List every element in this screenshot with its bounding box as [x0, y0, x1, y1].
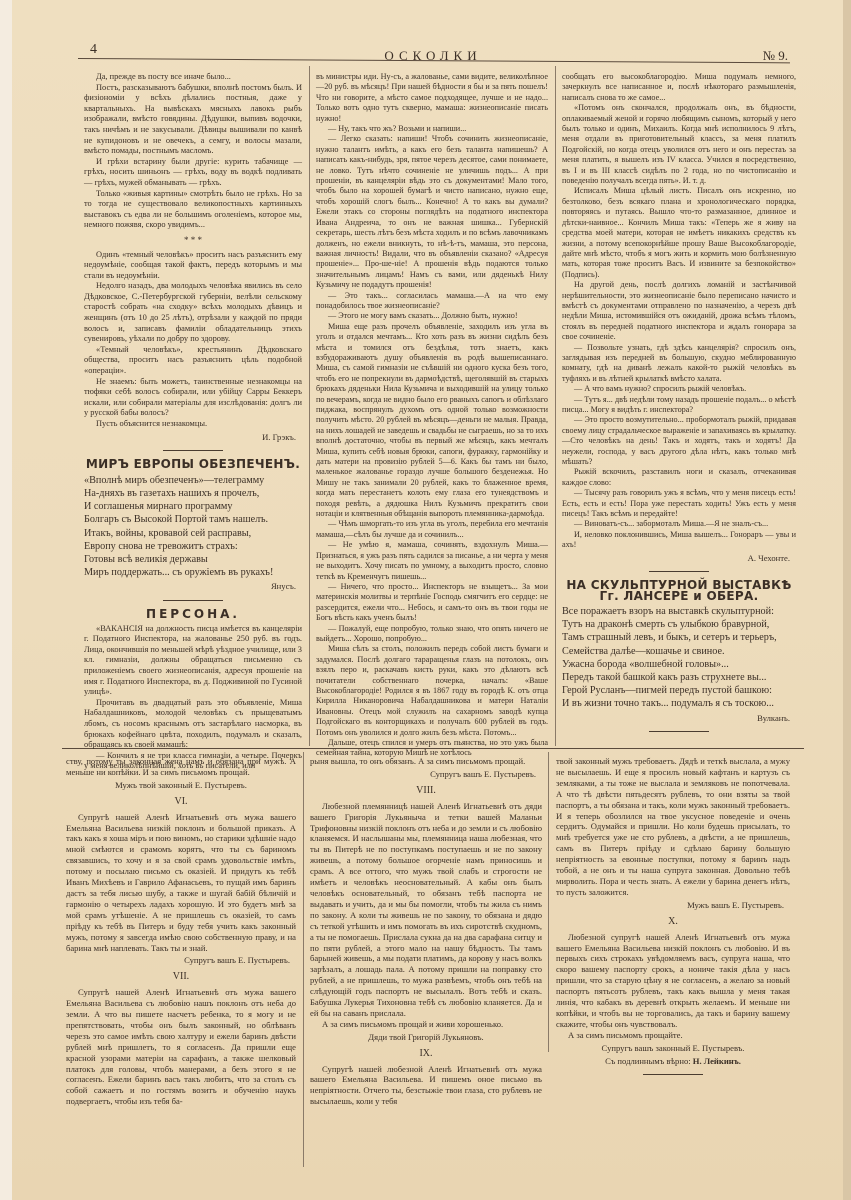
paragraph: твой законный мужъ требоваетъ. Дядѣ и те… — [556, 756, 790, 898]
letter-number: VIII. — [310, 786, 542, 797]
separator-rule — [643, 1074, 703, 1075]
author-signature: И. Грэкъ. — [84, 432, 302, 443]
paragraph: Любезной супругѣ нашей Аленѣ Игнатьевнѣ … — [556, 932, 790, 1030]
author-signature: Янусъ. — [84, 581, 302, 592]
paragraph: Исписалъ Миша цѣлый листъ. Писалъ онъ ис… — [562, 186, 796, 280]
author-signature: А. Чехонте. — [562, 553, 796, 563]
separator-rule — [649, 571, 709, 572]
poem-line: Ужасна борода «волшебной головы»... — [562, 658, 796, 671]
paragraph: — Виноватъ-съ... забормоталъ Миша.—Я не … — [562, 519, 796, 529]
paragraph: — Пожалуй, еще попробую, только знаю, чт… — [316, 624, 548, 645]
paragraph: — Ничего, что просто... Инспекторъ не вз… — [316, 582, 548, 624]
letters-column-3: твой законный мужъ требоваетъ. Дядѣ и те… — [556, 756, 790, 1083]
paragraph: сообщать его высокоблагородію. Миша поду… — [562, 72, 796, 103]
paragraph: И, неловко поклонившись, Миша вышелъ... … — [562, 530, 796, 551]
paragraph: Да, прежде въ посту все иначе было... — [84, 72, 302, 83]
paragraph: «Потомъ онъ скончался, продолжалъ онъ, в… — [562, 103, 796, 186]
poem-line: Герой Русланъ—пигмей передъ пустой башко… — [562, 684, 796, 697]
column-divider — [303, 752, 304, 1167]
poem-line: На-дняхъ въ газетахъ нашихъ я прочелъ, — [84, 487, 302, 500]
poem-line: Итакъ, войны, кровавой сей расправы, — [84, 527, 302, 540]
poem-line: Европу снова не тревожитъ страхъ: — [84, 540, 302, 553]
poem-line: Болгаръ съ Высокой Портой тамъ нашелъ. — [84, 513, 302, 526]
paragraph: рыня вышла, то онъ обязанъ. А за симъ пи… — [310, 756, 542, 767]
paragraph: — Легко сказать: напиши! Чтобъ сочинить … — [316, 134, 548, 290]
paragraph: Миша еще разъ прочелъ объявленіе, заходи… — [316, 322, 548, 520]
paragraph: — Это такъ... согласилась мамаша.—А на ч… — [316, 291, 548, 312]
column-divider — [309, 66, 310, 746]
letter-number: X. — [556, 917, 790, 928]
attestation-label: Съ подлиннымъ вѣрно: — [605, 1056, 691, 1066]
paragraph: Супругѣ нашей Аленѣ Игнатьевнѣ отъ мужа … — [66, 987, 296, 1107]
column-divider — [555, 66, 556, 746]
paragraph: А за симъ письмомъ прощай и живи хорошен… — [310, 1019, 542, 1030]
paragraph: — Это просто возмутительно... пробормота… — [562, 415, 796, 467]
paragraph: «Темный человѣкъ», крестьянинъ Дѣдковска… — [84, 345, 302, 377]
page-edge-right — [843, 0, 851, 1200]
paragraph: А за симъ письмомъ прощайте. — [556, 1030, 790, 1041]
paragraph: «ВАКАНСІЯ на должность писца имѣется въ … — [84, 624, 302, 698]
paragraph: Любезной племянницѣ нашей Аленѣ Игнатьев… — [310, 801, 542, 1019]
letter-signature: Супругъ вашъ Е. Пустыревъ. — [310, 769, 542, 780]
attestation-author: Н. Лейкинъ. — [693, 1056, 741, 1066]
poem-line: Готовы всѣ великія державы — [84, 553, 302, 566]
paragraph: — Ну, такъ что жъ? Возьми и напиши... — [316, 124, 548, 134]
paragraph: Одинъ «темный человѣкъ» проситъ насъ раз… — [84, 250, 302, 282]
paragraph: Не знаемъ: быть можетъ, таинственные нез… — [84, 377, 302, 419]
letters-column-2: рыня вышла, то онъ обязанъ. А за симъ пи… — [310, 756, 542, 1107]
paragraph: Недолго назадъ, два молодыхъ человѣка яв… — [84, 281, 302, 345]
letter-number: VII. — [66, 972, 296, 983]
story-title: ПЕРСОНА. — [84, 609, 302, 620]
paragraph: въ министры иди. Ну-съ, а жалованье, сам… — [316, 72, 548, 124]
letter-signature: Мужъ твой законный Е. Пустыревъ. — [66, 780, 296, 791]
paragraph: — Тутъ я... двѣ недѣли тому назадъ проше… — [562, 395, 796, 416]
separator-rule — [163, 450, 223, 451]
column-3: сообщать его высокоблагородію. Миша поду… — [562, 72, 796, 740]
poem-body: «Вполнѣ миръ обезпеченъ»—телеграммуНа-дн… — [84, 474, 302, 580]
paragraph: — Не умѣю я, мамаша, сочинять, вздохнулъ… — [316, 540, 548, 582]
paragraph: Постъ, разсказываютъ бабушки, вполнѣ пос… — [84, 83, 302, 157]
poem-line: Тамъ страшный левъ, и быкъ, и сетеръ и т… — [562, 631, 796, 644]
paragraph: Супругѣ нашей Аленѣ Игнатьевнѣ отъ мужа … — [66, 812, 296, 954]
paragraph: ству, потому ты законная жена намъ и обя… — [66, 756, 296, 778]
letters-column-1: ству, потому ты законная жена намъ и обя… — [66, 756, 296, 1107]
letter-signature: Супругъ вашъ Е. Пустыревъ. — [66, 955, 296, 966]
poem-line: Передъ такой башкой какъ разъ струхнете … — [562, 671, 796, 684]
paragraph: Пусть объяснится незнакомцы. — [84, 419, 302, 430]
letter-number: IX. — [310, 1049, 542, 1060]
letter-signature: Супругъ вашъ законный Е. Пустыревъ. — [556, 1043, 790, 1054]
paragraph: На другой день, послѣ долгихъ ломаній и … — [562, 280, 796, 342]
poem-line: И соглашенья мирнаго программу — [84, 500, 302, 513]
author-signature: Вулканъ. — [562, 713, 796, 723]
paragraph: — Позвольте узнать, гдѣ здѣсь канцелярія… — [562, 343, 796, 385]
paragraph: — Этого не могу вамъ сказать... Должно б… — [316, 311, 548, 321]
separator-rule — [649, 731, 709, 732]
paragraph: — А что вамъ нужно? спросилъ рыжій челов… — [562, 384, 796, 394]
poem-line: Тутъ на драконѣ смерть съ улыбкою бравур… — [562, 618, 796, 631]
paragraph: Только «живыя картины» смотрѣть было не … — [84, 189, 302, 231]
column-1: Да, прежде въ посту все иначе было... По… — [84, 72, 302, 772]
paragraph: — Чѣмъ шморгать-то изъ угла въ уголъ, пе… — [316, 519, 548, 540]
section-asterism: * * * — [84, 235, 302, 246]
paragraph: Рыжій вскочилъ, разставилъ ноги и сказал… — [562, 467, 796, 488]
paragraph: Прочитавъ въ двадцатый разъ это объявлен… — [84, 698, 302, 751]
letter-signature: Мужъ вашъ Е. Пустыревъ. — [556, 900, 790, 911]
paragraph: Супругѣ нашей любезной Аленѣ Игнатьевнѣ … — [310, 1064, 542, 1108]
attestation: Съ подлиннымъ вѣрно: Н. Лейкинъ. — [556, 1056, 790, 1067]
poem-line: Миръ поддержать... съ оружіемъ въ рукахъ… — [84, 566, 302, 579]
poem-line: Семейства далѣе—кошачье и свиное. — [562, 645, 796, 658]
poem-line: И въ жизни точно такъ... подумалъ я съ т… — [562, 697, 796, 710]
column-2: въ министры иди. Ну-съ, а жалованье, сам… — [316, 72, 548, 759]
poem-line: «Вполнѣ миръ обезпеченъ»—телеграмму — [84, 474, 302, 487]
letter-number: VI. — [66, 797, 296, 808]
column-divider — [548, 752, 549, 1052]
paragraph: И грѣхи встарину были другіе: курить таб… — [84, 157, 302, 189]
separator-rule — [163, 600, 223, 601]
letter-signature: Дяди твой Григорій Лукьяновъ. — [310, 1032, 542, 1043]
poem-body: Все поражаетъ взоръ на выставкѣ скульпту… — [562, 605, 796, 711]
paragraph: — Тысячу разъ говорилъ ужъ я всѣмъ, что … — [562, 488, 796, 519]
paragraph: Миша сѣлъ за столъ, положилъ передъ собо… — [316, 644, 548, 738]
poem-title: МИРЪ ЕВРОПЫ ОБЕЗПЕЧЕНЪ. — [84, 459, 302, 470]
poem-title: НА СКУЛЬПТУРНОЙ ВЫСТАВКѢ Гг. ЛАНСЕРЕ и О… — [562, 580, 796, 601]
poem-line: Все поражаетъ взоръ на выставкѣ скульпту… — [562, 605, 796, 618]
